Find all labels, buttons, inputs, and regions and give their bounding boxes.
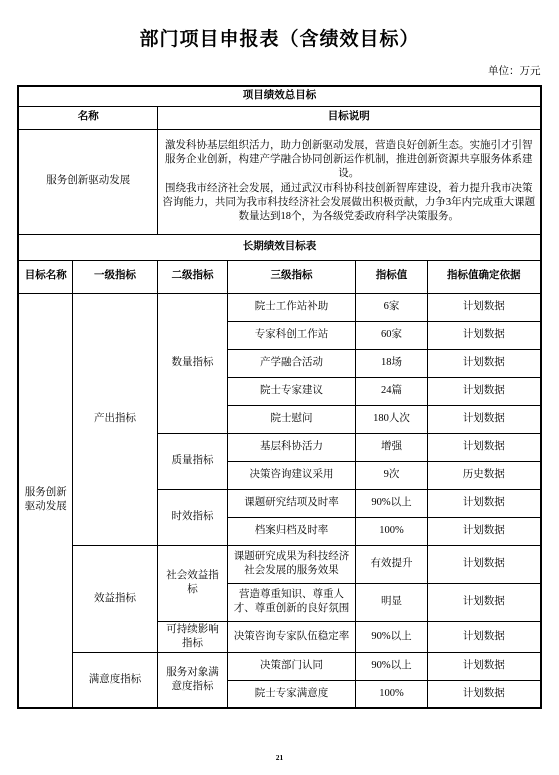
value-cell: 100% <box>355 680 427 708</box>
basis-cell: 计划数据 <box>427 349 540 377</box>
col-header-value: 指标值 <box>355 260 427 293</box>
unit-note: 单位：万元 <box>19 63 541 78</box>
table-row: 效益指标 社会效益指标 课题研究成果为科技经济社会发展的服务效果 有效提升 计划… <box>18 545 540 583</box>
name-header-cell: 名称 <box>18 106 157 129</box>
col-header-goal-name: 目标名称 <box>18 260 72 293</box>
level2-cell-sustainable: 可持续影响指标 <box>157 621 227 652</box>
overall-goal-section-title: 项目绩效总目标 <box>18 86 540 106</box>
indicator-cell: 专家科创工作站 <box>227 321 355 349</box>
value-cell: 180人次 <box>355 405 427 433</box>
page-title: 部门项目申报表（含绩效目标） <box>0 0 559 51</box>
basis-cell: 计划数据 <box>427 545 540 583</box>
indicator-cell: 基层科协活力 <box>227 433 355 461</box>
performance-goal-table: 项目绩效总目标 名称 目标说明 服务创新驱动发展 激发科协基层组织活力，助力创新… <box>17 85 541 709</box>
value-cell: 100% <box>355 517 427 545</box>
overall-goal-name-cell: 服务创新驱动发展 <box>18 129 157 234</box>
goal-description-paragraph: 激发科协基层组织活力，助力创新驱动发展，营造良好创新生态。实施引才引智服务企业创… <box>162 139 536 182</box>
table-row: 满意度指标 服务对象满意度指标 决策部门认同 90%以上 计划数据 <box>18 652 540 680</box>
indicator-cell: 院士专家建议 <box>227 377 355 405</box>
indicator-cell: 课题研究结项及时率 <box>227 489 355 517</box>
table-row: 服务创新驱动发展 产出指标 数量指标 院士工作站补助 6家 计划数据 <box>18 293 540 321</box>
overall-goal-description-cell: 激发科协基层组织活力，助力创新驱动发展，营造良好创新生态。实施引才引智服务企业创… <box>157 129 540 234</box>
basis-cell: 计划数据 <box>427 377 540 405</box>
level2-cell-service-target: 服务对象满意度指标 <box>157 652 227 708</box>
value-cell: 24篇 <box>355 377 427 405</box>
level2-cell-quality: 质量指标 <box>157 433 227 489</box>
level1-cell-benefit: 效益指标 <box>72 545 157 652</box>
value-cell: 9次 <box>355 461 427 489</box>
basis-cell: 历史数据 <box>427 461 540 489</box>
indicator-cell: 课题研究成果为科技经济社会发展的服务效果 <box>227 545 355 583</box>
col-header-level1: 一级指标 <box>72 260 157 293</box>
value-cell: 增强 <box>355 433 427 461</box>
value-cell: 18场 <box>355 349 427 377</box>
indicator-cell: 档案归档及时率 <box>227 517 355 545</box>
goal-description-paragraph: 围绕我市经济社会发展，通过武汉市科协科技创新智库建设，着力提升我市决策咨询能力，… <box>162 182 536 225</box>
indicator-cell: 决策咨询专家队伍稳定率 <box>227 621 355 652</box>
basis-cell: 计划数据 <box>427 321 540 349</box>
level1-cell-satisfaction: 满意度指标 <box>72 652 157 708</box>
value-cell: 90%以上 <box>355 621 427 652</box>
value-cell: 明显 <box>355 583 427 621</box>
value-cell: 90%以上 <box>355 652 427 680</box>
basis-cell: 计划数据 <box>427 680 540 708</box>
basis-cell: 计划数据 <box>427 293 540 321</box>
col-header-basis: 指标值确定依据 <box>427 260 540 293</box>
indicator-cell: 营造尊重知识、尊重人才、尊重创新的良好氛围 <box>227 583 355 621</box>
level2-cell-quantity: 数量指标 <box>157 293 227 433</box>
basis-cell: 计划数据 <box>427 489 540 517</box>
level2-cell-timeliness: 时效指标 <box>157 489 227 545</box>
page-number: 21 <box>0 753 559 762</box>
col-header-level3: 三级指标 <box>227 260 355 293</box>
basis-cell: 计划数据 <box>427 517 540 545</box>
value-cell: 有效提升 <box>355 545 427 583</box>
value-cell: 60家 <box>355 321 427 349</box>
indicator-cell: 产学融合活动 <box>227 349 355 377</box>
description-header-cell: 目标说明 <box>157 106 540 129</box>
basis-cell: 计划数据 <box>427 621 540 652</box>
indicator-cell: 决策部门认同 <box>227 652 355 680</box>
basis-cell: 计划数据 <box>427 652 540 680</box>
basis-cell: 计划数据 <box>427 405 540 433</box>
indicator-cell: 院士工作站补助 <box>227 293 355 321</box>
basis-cell: 计划数据 <box>427 583 540 621</box>
indicator-cell: 决策咨询建议采用 <box>227 461 355 489</box>
document-page: 部门项目申报表（含绩效目标） 单位：万元 项目绩效总目标 名称 目标说明 服务创… <box>0 0 559 775</box>
goal-name-cell: 服务创新驱动发展 <box>18 293 72 708</box>
value-cell: 6家 <box>355 293 427 321</box>
value-cell: 90%以上 <box>355 489 427 517</box>
basis-cell: 计划数据 <box>427 433 540 461</box>
col-header-level2: 二级指标 <box>157 260 227 293</box>
longterm-section-title: 长期绩效目标表 <box>18 234 540 260</box>
indicator-cell: 院士慰问 <box>227 405 355 433</box>
level1-cell-output: 产出指标 <box>72 293 157 545</box>
indicator-cell: 院士专家满意度 <box>227 680 355 708</box>
level2-cell-social: 社会效益指标 <box>157 545 227 621</box>
